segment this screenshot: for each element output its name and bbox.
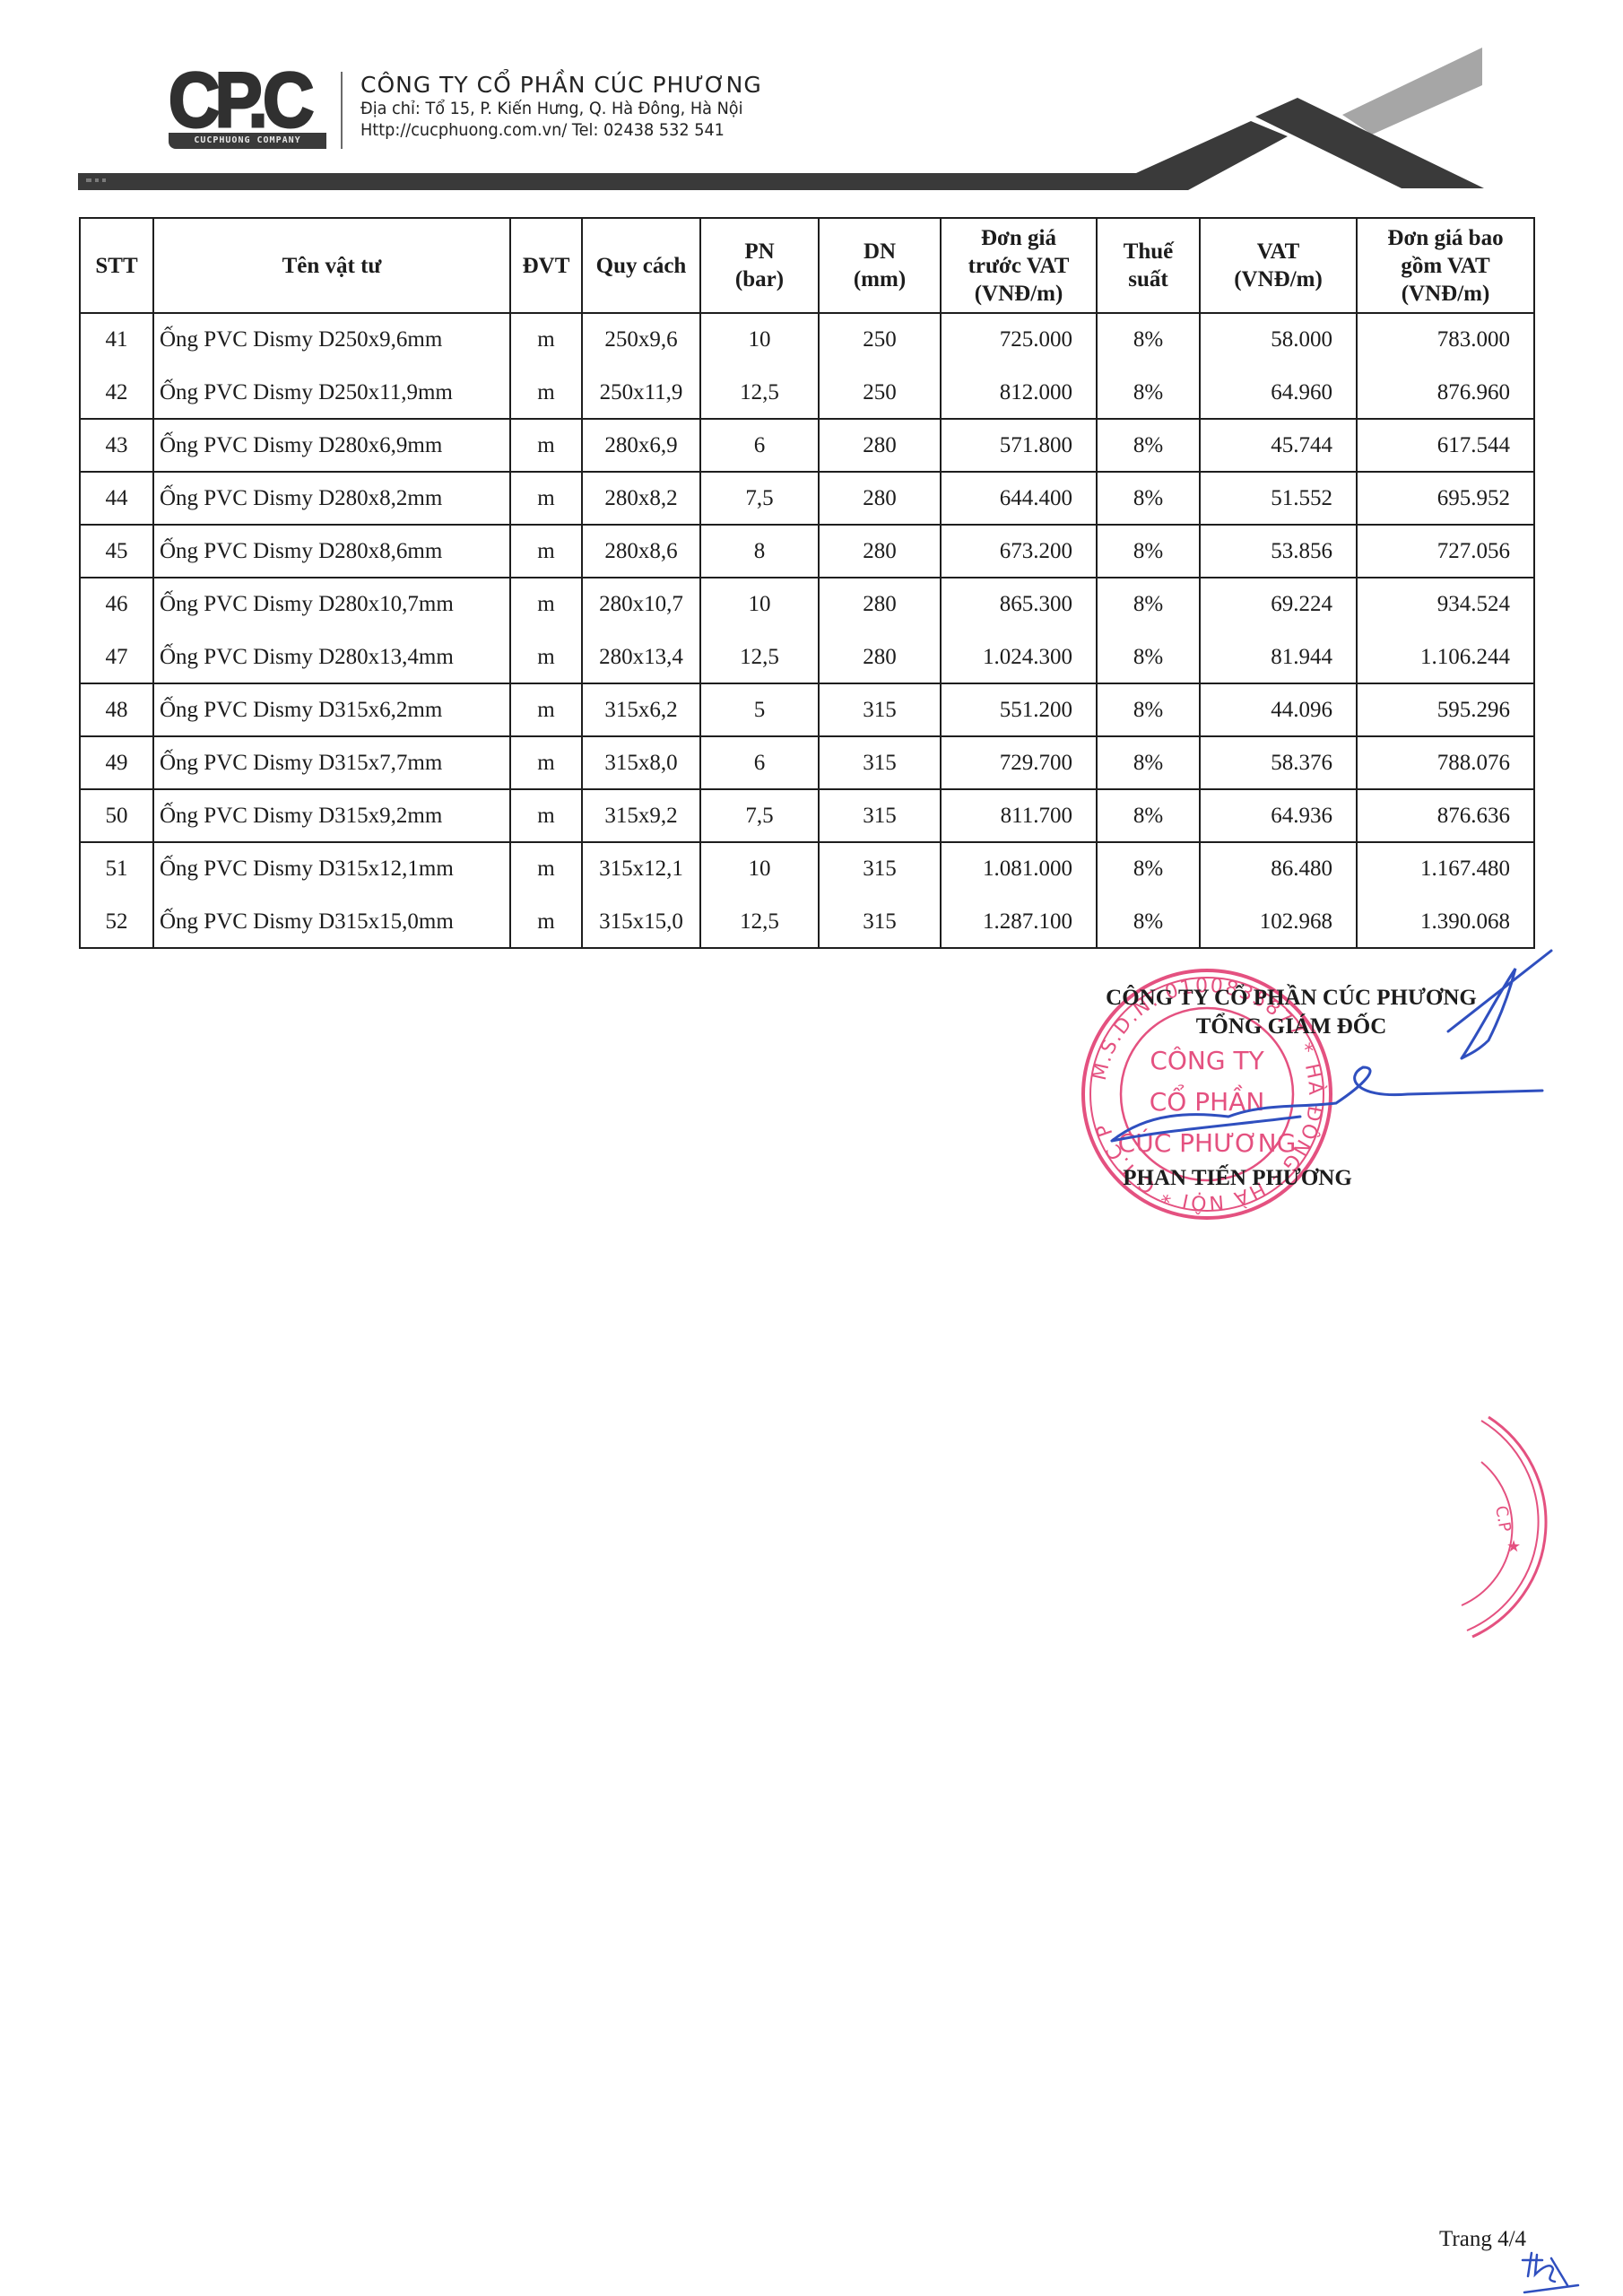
cell-stt: 52 <box>80 895 153 948</box>
column-header: DN (mm) <box>819 218 941 313</box>
cell-name: Ống PVC Dismy D250x9,6mm <box>153 313 510 366</box>
cell-dn: 280 <box>819 631 941 683</box>
cell-tax: 8% <box>1097 313 1200 366</box>
column-header: Quy cách <box>582 218 700 313</box>
cell-stt: 51 <box>80 842 153 895</box>
cell-spec: 315x12,1 <box>582 842 700 895</box>
cell-total: 1.167.480 <box>1357 842 1534 895</box>
price-table: STTTên vật tưĐVTQuy cáchPN (bar)DN (mm)Đ… <box>79 217 1535 949</box>
cell-total: 1.106.244 <box>1357 631 1534 683</box>
cell-pn: 7,5 <box>700 472 819 525</box>
company-logo: CP.C CUCPHUONG COMPANY <box>169 70 326 151</box>
cell-price: 811.700 <box>941 789 1097 842</box>
table-row: 48Ống PVC Dismy D315x6,2mmm315x6,2531555… <box>80 683 1534 736</box>
cell-stt: 50 <box>80 789 153 842</box>
cell-dn: 315 <box>819 736 941 789</box>
cell-price: 812.000 <box>941 366 1097 419</box>
table-row: 51Ống PVC Dismy D315x12,1mmm315x12,11031… <box>80 842 1534 895</box>
signature-title: TỔNG GIÁM ĐỐC <box>1058 1012 1524 1042</box>
handwritten-initials <box>1515 2249 1605 2296</box>
table-row: 46Ống PVC Dismy D280x10,7mmm280x10,71028… <box>80 578 1534 631</box>
cell-stt: 46 <box>80 578 153 631</box>
cell-dn: 280 <box>819 472 941 525</box>
cell-tax: 8% <box>1097 895 1200 948</box>
cell-name: Ống PVC Dismy D315x12,1mm <box>153 842 510 895</box>
cell-vat: 64.960 <box>1200 366 1357 419</box>
signatory-name: PHAN TIẾN PHƯƠNG <box>1058 1166 1417 1191</box>
cell-stt: 47 <box>80 631 153 683</box>
cell-name: Ống PVC Dismy D250x11,9mm <box>153 366 510 419</box>
cell-spec: 315x8,0 <box>582 736 700 789</box>
cell-tax: 8% <box>1097 525 1200 578</box>
table-row: 42Ống PVC Dismy D250x11,9mmm250x11,912,5… <box>80 366 1534 419</box>
cell-pn: 10 <box>700 313 819 366</box>
column-header: ĐVT <box>510 218 582 313</box>
cell-unit: m <box>510 683 582 736</box>
column-header: Đơn giá trước VAT (VNĐ/m) <box>941 218 1097 313</box>
company-contact: Http://cucphuong.com.vn/ Tel: 02438 532 … <box>360 120 725 140</box>
column-header: Đơn giá bao gồm VAT (VNĐ/m) <box>1357 218 1534 313</box>
svg-text:★: ★ <box>1506 1537 1521 1556</box>
column-header: PN (bar) <box>700 218 819 313</box>
cell-price: 551.200 <box>941 683 1097 736</box>
cell-total: 783.000 <box>1357 313 1534 366</box>
cell-total: 788.076 <box>1357 736 1534 789</box>
cell-vat: 69.224 <box>1200 578 1357 631</box>
cell-tax: 8% <box>1097 631 1200 683</box>
cell-dn: 315 <box>819 842 941 895</box>
cell-stt: 42 <box>80 366 153 419</box>
cell-name: Ống PVC Dismy D315x6,2mm <box>153 683 510 736</box>
cell-dn: 250 <box>819 366 941 419</box>
cell-spec: 280x8,6 <box>582 525 700 578</box>
cell-unit: m <box>510 472 582 525</box>
cell-total: 595.296 <box>1357 683 1534 736</box>
cell-vat: 58.000 <box>1200 313 1357 366</box>
logo-tagline: CUCPHUONG COMPANY <box>169 133 326 149</box>
cell-price: 1.081.000 <box>941 842 1097 895</box>
cell-vat: 102.968 <box>1200 895 1357 948</box>
cell-vat: 45.744 <box>1200 419 1357 472</box>
cell-name: Ống PVC Dismy D280x13,4mm <box>153 631 510 683</box>
cell-tax: 8% <box>1097 578 1200 631</box>
cell-unit: m <box>510 736 582 789</box>
cell-pn: 8 <box>700 525 819 578</box>
cell-price: 1.024.300 <box>941 631 1097 683</box>
table-row: 47Ống PVC Dismy D280x13,4mmm280x13,412,5… <box>80 631 1534 683</box>
cell-stt: 43 <box>80 419 153 472</box>
cell-unit: m <box>510 525 582 578</box>
cell-total: 876.960 <box>1357 366 1534 419</box>
cell-stt: 49 <box>80 736 153 789</box>
table-row: 52Ống PVC Dismy D315x15,0mmm315x15,012,5… <box>80 895 1534 948</box>
band-right-arm <box>1255 98 1484 188</box>
cell-dn: 280 <box>819 578 941 631</box>
cell-tax: 8% <box>1097 736 1200 789</box>
company-name: CÔNG TY CỔ PHẦN CÚC PHƯƠNG <box>360 72 762 98</box>
cell-dn: 315 <box>819 683 941 736</box>
signature-block: CÔNG TY CỔ PHẦN CÚC PHƯƠNG TỔNG GIÁM ĐỐC <box>1058 985 1524 1042</box>
cell-vat: 51.552 <box>1200 472 1357 525</box>
cell-unit: m <box>510 842 582 895</box>
partial-stamp-edge: C.P ★ <box>1399 1399 1623 1668</box>
cell-spec: 280x13,4 <box>582 631 700 683</box>
cell-tax: 8% <box>1097 842 1200 895</box>
cell-total: 617.544 <box>1357 419 1534 472</box>
column-header: Tên vật tư <box>153 218 510 313</box>
column-header: STT <box>80 218 153 313</box>
cell-name: Ống PVC Dismy D315x9,2mm <box>153 789 510 842</box>
cell-pn: 5 <box>700 683 819 736</box>
cell-spec: 315x15,0 <box>582 895 700 948</box>
logo-letters: CP.C <box>169 70 314 131</box>
cell-pn: 12,5 <box>700 366 819 419</box>
cell-pn: 6 <box>700 736 819 789</box>
cell-name: Ống PVC Dismy D280x10,7mm <box>153 578 510 631</box>
band-accent-wedge <box>1342 48 1482 135</box>
cell-dn: 315 <box>819 789 941 842</box>
cell-vat: 53.856 <box>1200 525 1357 578</box>
column-header: Thuế suất <box>1097 218 1200 313</box>
cell-price: 644.400 <box>941 472 1097 525</box>
stamp-line-3: CÚC PHƯƠNG <box>1118 1127 1297 1158</box>
cell-total: 1.390.068 <box>1357 895 1534 948</box>
cell-dn: 280 <box>819 419 941 472</box>
table-row: 50Ống PVC Dismy D315x9,2mmm315x9,27,5315… <box>80 789 1534 842</box>
signature-company: CÔNG TY CỔ PHẦN CÚC PHƯƠNG <box>1058 985 1524 1012</box>
cell-stt: 45 <box>80 525 153 578</box>
cell-tax: 8% <box>1097 419 1200 472</box>
cell-price: 1.287.100 <box>941 895 1097 948</box>
table-row: 41Ống PVC Dismy D250x9,6mmm250x9,6102507… <box>80 313 1534 366</box>
cell-tax: 8% <box>1097 472 1200 525</box>
cell-price: 865.300 <box>941 578 1097 631</box>
cell-vat: 64.936 <box>1200 789 1357 842</box>
cell-total: 934.524 <box>1357 578 1534 631</box>
table-row: 43Ống PVC Dismy D280x6,9mmm280x6,9628057… <box>80 419 1534 472</box>
stamp-line-2: CỔ PHẦN <box>1150 1083 1265 1117</box>
table-row: 49Ống PVC Dismy D315x7,7mmm315x8,0631572… <box>80 736 1534 789</box>
cell-name: Ống PVC Dismy D315x15,0mm <box>153 895 510 948</box>
cell-spec: 280x6,9 <box>582 419 700 472</box>
cell-total: 727.056 <box>1357 525 1534 578</box>
cell-pn: 6 <box>700 419 819 472</box>
cell-unit: m <box>510 419 582 472</box>
cell-stt: 41 <box>80 313 153 366</box>
cell-pn: 10 <box>700 842 819 895</box>
cell-dn: 315 <box>819 895 941 948</box>
cell-spec: 250x9,6 <box>582 313 700 366</box>
company-address: Địa chỉ: Tổ 15, P. Kiến Hưng, Q. Hà Đông… <box>360 99 743 118</box>
cell-tax: 8% <box>1097 366 1200 419</box>
stamp-line-1: CÔNG TY <box>1150 1045 1264 1075</box>
cell-name: Ống PVC Dismy D280x6,9mm <box>153 419 510 472</box>
column-header: VAT (VNĐ/m) <box>1200 218 1357 313</box>
cell-stt: 48 <box>80 683 153 736</box>
cell-vat: 58.376 <box>1200 736 1357 789</box>
cell-tax: 8% <box>1097 789 1200 842</box>
cell-pn: 12,5 <box>700 895 819 948</box>
cell-name: Ống PVC Dismy D280x8,2mm <box>153 472 510 525</box>
cell-vat: 44.096 <box>1200 683 1357 736</box>
cell-pn: 10 <box>700 578 819 631</box>
logo-divider <box>341 72 343 149</box>
cell-pn: 7,5 <box>700 789 819 842</box>
cell-price: 571.800 <box>941 419 1097 472</box>
cell-total: 876.636 <box>1357 789 1534 842</box>
cell-spec: 315x6,2 <box>582 683 700 736</box>
cell-stt: 44 <box>80 472 153 525</box>
cell-unit: m <box>510 789 582 842</box>
cell-dn: 280 <box>819 525 941 578</box>
cell-name: Ống PVC Dismy D315x7,7mm <box>153 736 510 789</box>
cell-price: 673.200 <box>941 525 1097 578</box>
cell-price: 729.700 <box>941 736 1097 789</box>
cell-total: 695.952 <box>1357 472 1534 525</box>
table-body: 41Ống PVC Dismy D250x9,6mmm250x9,6102507… <box>80 313 1534 948</box>
cell-spec: 250x11,9 <box>582 366 700 419</box>
table-row: 45Ống PVC Dismy D280x8,6mmm280x8,6828067… <box>80 525 1534 578</box>
cell-unit: m <box>510 895 582 948</box>
cell-spec: 280x8,2 <box>582 472 700 525</box>
cell-name: Ống PVC Dismy D280x8,6mm <box>153 525 510 578</box>
table-header-row: STTTên vật tưĐVTQuy cáchPN (bar)DN (mm)Đ… <box>80 218 1534 313</box>
cell-pn: 12,5 <box>700 631 819 683</box>
page-number: Trang 4/4 <box>1439 2227 1526 2252</box>
cell-unit: m <box>510 313 582 366</box>
cell-spec: 315x9,2 <box>582 789 700 842</box>
cell-price: 725.000 <box>941 313 1097 366</box>
table-row: 44Ống PVC Dismy D280x8,2mmm280x8,27,5280… <box>80 472 1534 525</box>
cell-unit: m <box>510 366 582 419</box>
cell-unit: m <box>510 578 582 631</box>
cell-spec: 280x10,7 <box>582 578 700 631</box>
svg-text:C.P: C.P <box>1491 1504 1515 1533</box>
cell-dn: 250 <box>819 313 941 366</box>
cell-vat: 81.944 <box>1200 631 1357 683</box>
cell-tax: 8% <box>1097 683 1200 736</box>
cell-vat: 86.480 <box>1200 842 1357 895</box>
cell-unit: m <box>510 631 582 683</box>
